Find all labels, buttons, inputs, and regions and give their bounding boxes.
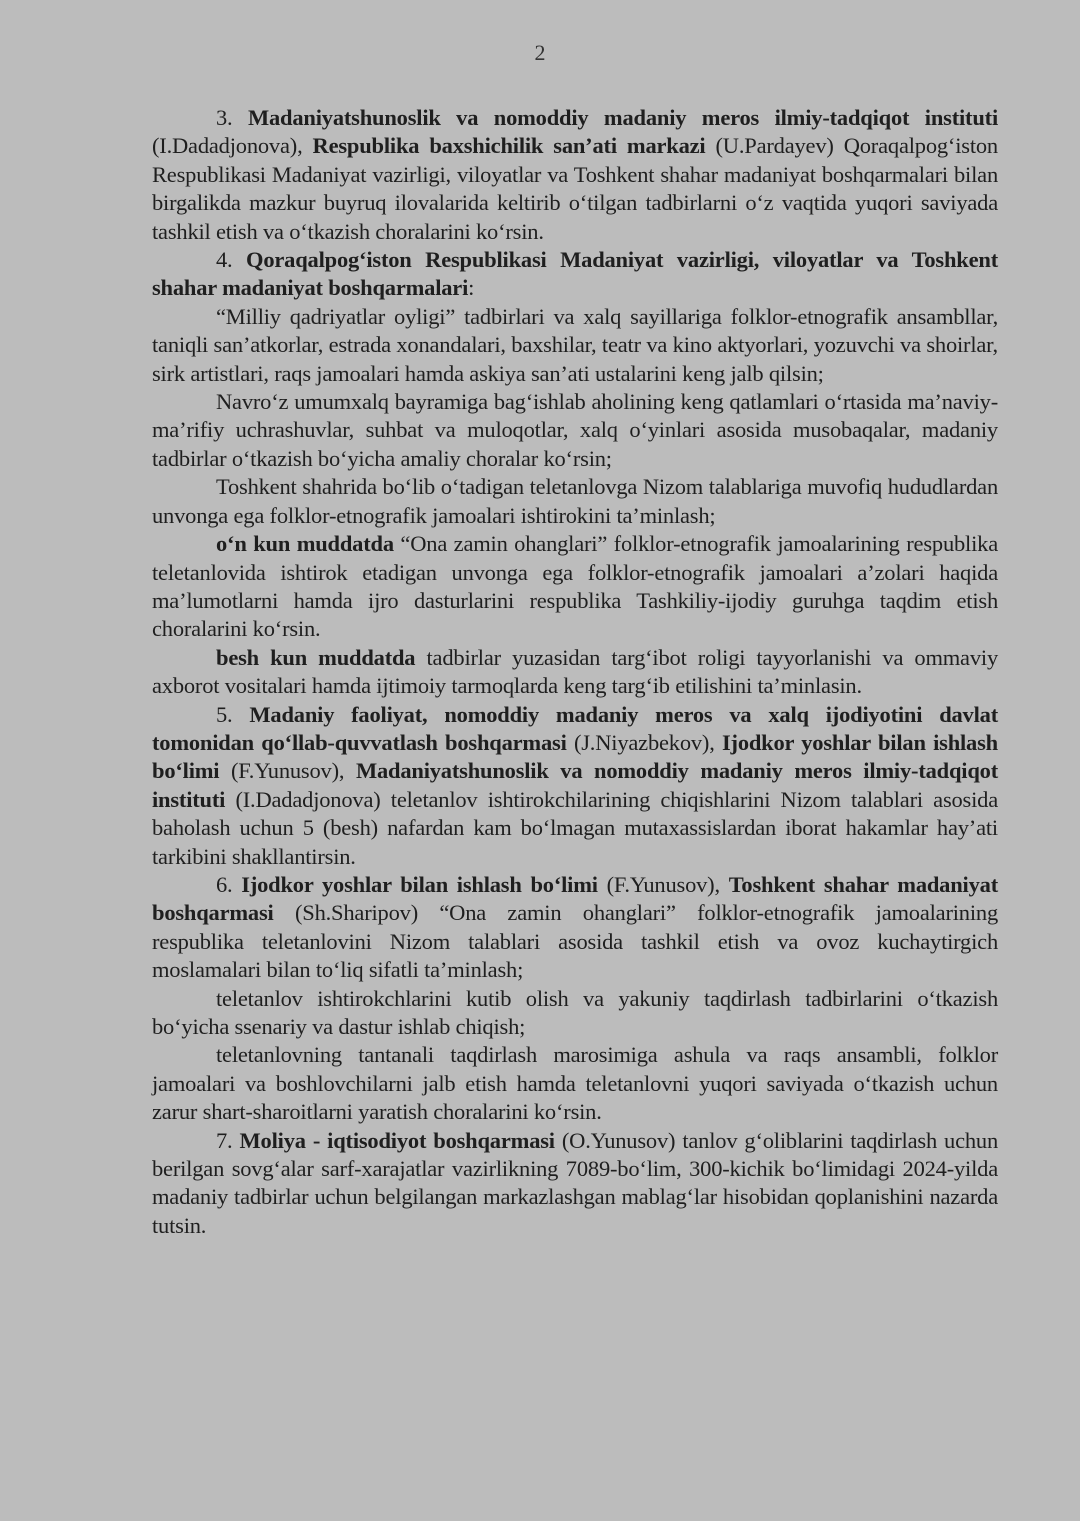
text-run: (F.Yunusov), <box>219 758 356 783</box>
paragraph: besh kun muddatda tadbirlar yuzasidan ta… <box>152 644 998 701</box>
paragraph: Navro‘z umumxalq bayramiga bag‘ishlab ah… <box>152 388 998 473</box>
text-run: 7. <box>216 1128 240 1153</box>
paragraph: 3. Madaniyatshunoslik va nomoddiy madani… <box>152 104 998 246</box>
paragraph: 4. Qoraqalpog‘iston Respublikasi Madaniy… <box>152 246 998 303</box>
paragraph: 6. Ijodkor yoshlar bilan ishlash bo‘limi… <box>152 871 998 985</box>
paragraph: teletanlov ishtirokchlarini kutib olish … <box>152 985 998 1042</box>
bold-text: Madaniyatshunoslik va nomoddiy madaniy m… <box>248 105 998 130</box>
paragraph: 7. Moliya - iqtisodiyot boshqarmasi (O.Y… <box>152 1127 998 1241</box>
text-run: (J.Niyazbekov), <box>567 730 722 755</box>
bold-text: Respublika baxshichilik san’ati markazi <box>313 133 706 158</box>
text-run: teletanlov ishtirokchlarini kutib olish … <box>152 986 998 1039</box>
text-run: (F.Yunusov), <box>598 872 729 897</box>
text-run: 6. <box>216 872 241 897</box>
text-run: teletanlovning tantanali taqdirlash maro… <box>152 1042 998 1124</box>
paragraph: “Milliy qadriyatlar oyligi” tadbirlari v… <box>152 303 998 388</box>
text-run: 3. <box>216 105 248 130</box>
bold-text: besh kun muddatda <box>216 645 415 670</box>
document-body: 3. Madaniyatshunoslik va nomoddiy madani… <box>152 104 998 1240</box>
text-run: (I.Dadadjonova) teletanlov ishtirokchila… <box>152 787 998 869</box>
text-run: Navro‘z umumxalq bayramiga bag‘ishlab ah… <box>152 389 998 471</box>
paragraph: 5. Madaniy faoliyat, nomoddiy madaniy me… <box>152 701 998 871</box>
text-run: 4. <box>216 247 246 272</box>
bold-text: Ijodkor yoshlar bilan ishlash bo‘limi <box>241 872 598 897</box>
text-run: (Sh.Sharipov) “Ona zamin ohanglari” folk… <box>152 900 998 982</box>
text-run: (I.Dadadjonova), <box>152 133 313 158</box>
paragraph: Toshkent shahrida bo‘lib o‘tadigan telet… <box>152 473 998 530</box>
text-run: Toshkent shahrida bo‘lib o‘tadigan telet… <box>152 474 998 527</box>
paragraph: o‘n kun muddatda “Ona zamin ohanglari” f… <box>152 530 998 644</box>
bold-text: o‘n kun muddatda <box>216 531 394 556</box>
text-run: 5. <box>216 702 249 727</box>
text-run: : <box>468 275 474 300</box>
paragraph: teletanlovning tantanali taqdirlash maro… <box>152 1041 998 1126</box>
text-run: “Milliy qadriyatlar oyligi” tadbirlari v… <box>152 304 998 386</box>
bold-text: Moliya - iqtisodiyot boshqarmasi <box>240 1128 555 1153</box>
bold-text: Qoraqalpog‘iston Respublikasi Madaniyat … <box>152 247 998 300</box>
page-number: 2 <box>0 40 1080 66</box>
